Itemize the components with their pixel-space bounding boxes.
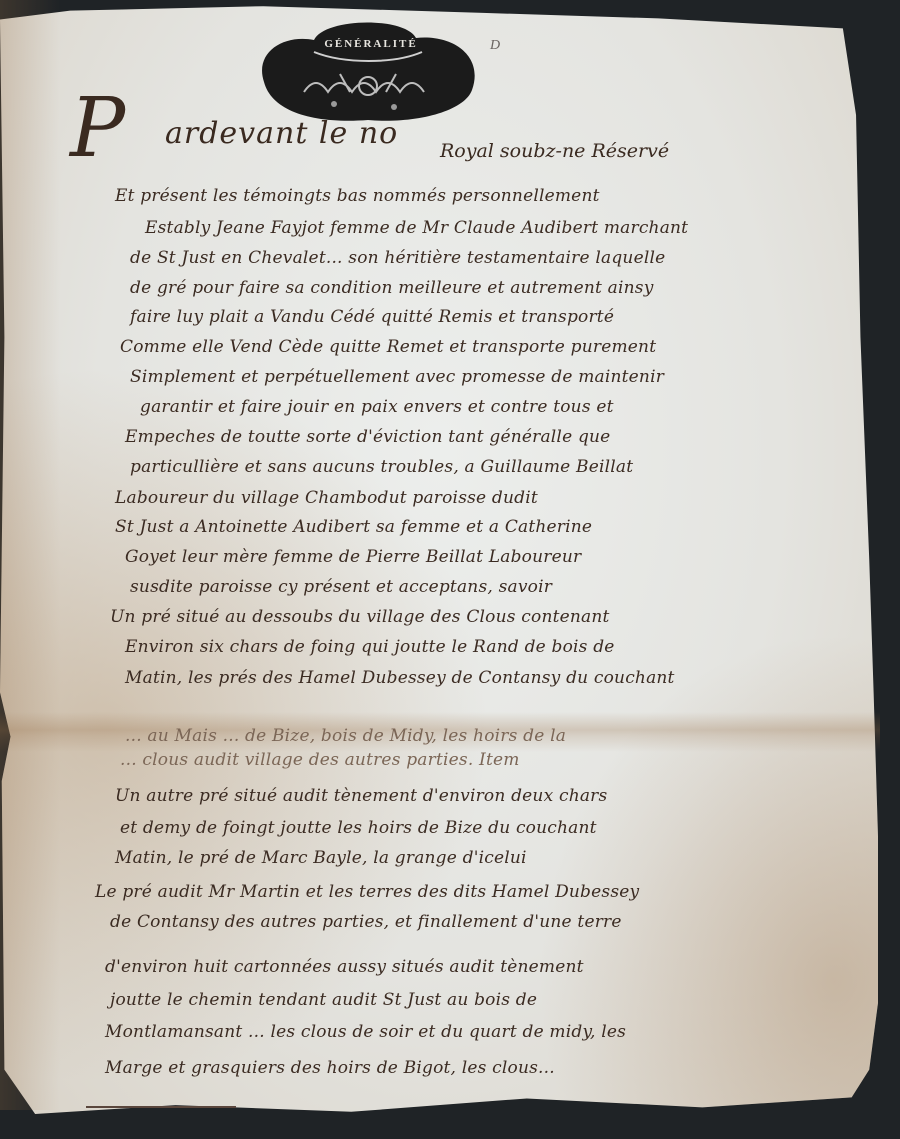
heading-text: ardevant le no [165, 116, 398, 151]
text-line: susdite paroisse cy présent et acceptans… [130, 577, 552, 597]
edge-stain [0, 0, 60, 1110]
text-line: garantir et faire jouir en paix envers e… [140, 397, 614, 417]
text-line: de St Just en Chevalet... son héritière … [130, 248, 665, 268]
text-line: joutte le chemin tendant audit St Just a… [110, 990, 537, 1010]
text-line: Un pré situé au dessoubs du village des … [110, 607, 610, 627]
text-line: ... au Mais ... de Bize, bois de Midy, l… [125, 726, 566, 746]
text-line: Laboureur du village Chambodut paroisse … [115, 488, 538, 508]
text-line: Goyet leur mère femme de Pierre Beillat … [125, 547, 581, 567]
text-line: ... clous audit village des autres parti… [120, 750, 520, 770]
closing-flourish [86, 1106, 236, 1108]
text-line: Un autre pré situé audit tènement d'envi… [115, 786, 607, 806]
text-line: St Just a Antoinette Audibert sa femme e… [115, 517, 592, 537]
text-line: Estably Jeane Fayjot femme de Mr Claude … [145, 218, 688, 238]
text-line: Et présent les témoingts bas nommés pers… [115, 186, 600, 206]
text-line: Comme elle Vend Cède quitte Remet et tra… [120, 337, 656, 357]
text-line: Le pré audit Mr Martin et les terres des… [95, 882, 639, 902]
text-line: Simplement et perpétuellement avec prome… [130, 367, 664, 387]
text-line: Matin, les prés des Hamel Dubessey de Co… [125, 668, 675, 688]
text-line: Marge et grasquiers des hoirs de Bigot, … [105, 1058, 555, 1078]
margin-mark: D [490, 38, 500, 54]
text-line: particullière et sans aucuns troubles, a… [130, 457, 633, 477]
text-line: Montlamansant ... les clous de soir et d… [105, 1022, 626, 1042]
heading-text-2: Royal soubz-ne Réservé [440, 140, 669, 162]
text-line: d'environ huit cartonnées aussy situés a… [105, 957, 584, 977]
stamp-text: GÉNÉRALITÉ [316, 38, 426, 50]
text-line: Matin, le pré de Marc Bayle, la grange d… [115, 848, 527, 868]
text-line: Environ six chars de foing qui joutte le… [125, 637, 615, 657]
text-line: Empeches de toutte sorte d'éviction tant… [125, 427, 610, 447]
text-line: et demy de foingt joutte les hoirs de Bi… [120, 818, 597, 838]
tax-stamp-icon: GÉNÉRALITÉ [244, 12, 490, 124]
decorated-initial: P [70, 88, 125, 170]
text-line: de gré pour faire sa condition meilleure… [130, 278, 654, 298]
text-line: de Contansy des autres parties, et final… [110, 912, 622, 932]
text-line: faire luy plait a Vandu Cédé quitté Remi… [130, 307, 614, 327]
